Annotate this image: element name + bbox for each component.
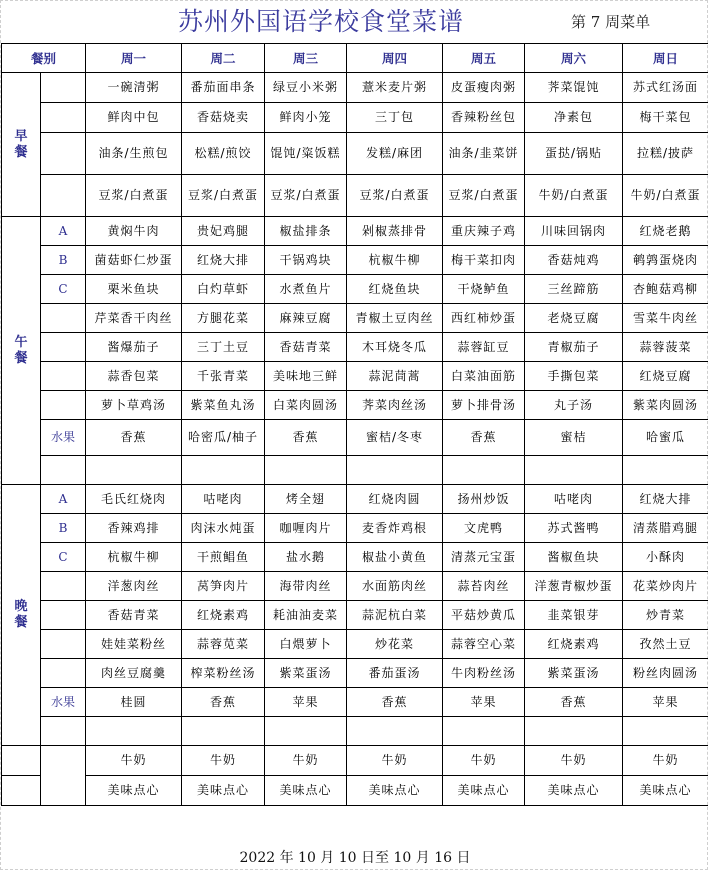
dish-cell: 苏式酱鸭 (525, 514, 623, 543)
sub-category (41, 391, 86, 420)
dish-cell: 方腿花菜 (182, 304, 265, 333)
lunch-label: 午餐 (2, 217, 41, 485)
dish-cell: 梅干菜包 (623, 103, 708, 133)
dish-cell (443, 456, 525, 485)
dish-cell (623, 456, 708, 485)
dish-cell (347, 456, 443, 485)
sub-category: A (41, 217, 86, 246)
dish-cell: 肉沫水炖蛋 (182, 514, 265, 543)
dish-cell: 红烧大排 (182, 246, 265, 275)
dish-cell: 麻辣豆腐 (265, 304, 347, 333)
dish-cell: 干锅鸡块 (265, 246, 347, 275)
dish-cell: 哈密瓜/柚子 (182, 420, 265, 456)
dish-cell (86, 717, 182, 746)
dish-cell: 白灼草虾 (182, 275, 265, 304)
snack-cell: 牛奶 (347, 746, 443, 776)
lunch-row (2, 456, 708, 485)
snack-cell: 牛奶 (86, 746, 182, 776)
dish-cell: 老烧豆腐 (525, 304, 623, 333)
dish-cell: 孜然土豆 (623, 630, 708, 659)
dish-cell: 扬州炒饭 (443, 485, 525, 514)
dish-cell: 肉丝豆腐羹 (86, 659, 182, 688)
dish-cell: 水煮鱼片 (265, 275, 347, 304)
dish-cell: 牛肉粉丝汤 (443, 659, 525, 688)
dish-cell: 毛氏红烧肉 (86, 485, 182, 514)
sub-category: 水果 (41, 420, 86, 456)
dish-cell: 炒花菜 (347, 630, 443, 659)
page-title: 苏州外国语学校食堂菜谱 (161, 5, 481, 39)
dish-cell: 香蕉 (443, 420, 525, 456)
dinner-row: 洋葱肉丝莴笋肉片海带肉丝水面筋肉丝蒜苔肉丝洋葱青椒炒蛋花菜炒肉片 (2, 572, 708, 601)
dish-cell: 一碗清粥 (86, 73, 182, 103)
dish-cell: 清蒸腊鸡腿 (623, 514, 708, 543)
dish-cell: 丸子汤 (525, 391, 623, 420)
dish-cell: 发糕/麻团 (347, 133, 443, 175)
dinner-row: 晚餐A毛氏红烧肉咕咾肉烤全翅红烧肉圆扬州炒饭咕咾肉红烧大排 (2, 485, 708, 514)
column-header-thu: 周四 (347, 44, 443, 73)
dish-cell: 酱椒鱼块 (525, 543, 623, 572)
sub-category (41, 572, 86, 601)
dish-cell (347, 717, 443, 746)
dish-cell: 杭椒牛柳 (347, 246, 443, 275)
dish-cell: 青椒土豆肉丝 (347, 304, 443, 333)
dish-cell: 洋葱肉丝 (86, 572, 182, 601)
dish-cell: 香菇青菜 (265, 333, 347, 362)
dish-cell: 盐水鹅 (265, 543, 347, 572)
snack-cell: 美味点心 (525, 776, 623, 806)
snack-cell: 牛奶 (182, 746, 265, 776)
dish-cell: 梅干菜扣肉 (443, 246, 525, 275)
dish-cell (623, 717, 708, 746)
dish-cell: 萝卜草鸡汤 (86, 391, 182, 420)
dish-cell (86, 456, 182, 485)
sub-category (41, 304, 86, 333)
dish-cell: 净素包 (525, 103, 623, 133)
dish-cell (525, 717, 623, 746)
dish-cell: 豆浆/白煮蛋 (182, 175, 265, 217)
dish-cell: 香蕉 (525, 688, 623, 717)
dish-cell: 西红柿炒蛋 (443, 304, 525, 333)
sub-category (41, 73, 86, 103)
sub-category (41, 175, 86, 217)
breakfast-row: 豆浆/白煮蛋豆浆/白煮蛋豆浆/白煮蛋豆浆/白煮蛋豆浆/白煮蛋牛奶/白煮蛋牛奶/白… (2, 175, 708, 217)
snack-category-cell (2, 746, 41, 776)
dish-cell: 豆浆/白煮蛋 (86, 175, 182, 217)
lunch-row: 酱爆茄子三丁土豆香菇青菜木耳烧冬瓜蒜蓉缸豆青椒茄子蒜蓉菠菜 (2, 333, 708, 362)
dish-cell: 鲜肉小笼 (265, 103, 347, 133)
dish-cell: 烤全翅 (265, 485, 347, 514)
dinner-label: 晚餐 (2, 485, 41, 746)
dish-cell: 三丁土豆 (182, 333, 265, 362)
dish-cell: 千张青菜 (182, 362, 265, 391)
dish-cell: 海带肉丝 (265, 572, 347, 601)
dish-cell: 苹果 (265, 688, 347, 717)
breakfast-row: 油条/生煎包松糕/煎饺馄饨/粢饭糕发糕/麻团油条/韭菜饼蛋挞/锅贴拉糕/披萨 (2, 133, 708, 175)
snack-cell: 美味点心 (347, 776, 443, 806)
dish-cell: 香蕉 (265, 420, 347, 456)
dish-cell: 白菜肉圆汤 (265, 391, 347, 420)
dish-cell: 紫菜蛋汤 (525, 659, 623, 688)
dish-cell: 馄饨/粢饭糕 (265, 133, 347, 175)
dish-cell: 红烧鱼块 (347, 275, 443, 304)
dish-cell: 木耳烧冬瓜 (347, 333, 443, 362)
dish-cell: 清蒸元宝蛋 (443, 543, 525, 572)
dish-cell: 香菇炖鸡 (525, 246, 623, 275)
lunch-row: 午餐A黄焖牛肉贵妃鸡腿椒盐排条剁椒蒸排骨重庆辣子鸡川味回锅肉红烧老鹅 (2, 217, 708, 246)
dish-cell: 干烧鲈鱼 (443, 275, 525, 304)
dish-cell: 皮蛋瘦肉粥 (443, 73, 525, 103)
dish-cell: 文虎鸭 (443, 514, 525, 543)
sub-category (41, 362, 86, 391)
dish-cell: 松糕/煎饺 (182, 133, 265, 175)
column-header-sun: 周日 (623, 44, 708, 73)
sub-category (41, 630, 86, 659)
dish-cell: 蒜蓉缸豆 (443, 333, 525, 362)
sub-category: C (41, 543, 86, 572)
dish-cell: 黄焖牛肉 (86, 217, 182, 246)
dish-cell: 蜜桔/冬枣 (347, 420, 443, 456)
dish-cell: 莴笋肉片 (182, 572, 265, 601)
dish-cell: 蒜泥杭白菜 (347, 601, 443, 630)
snack-cell: 美味点心 (443, 776, 525, 806)
dish-cell: 油条/韭菜饼 (443, 133, 525, 175)
dish-cell: 贵妃鸡腿 (182, 217, 265, 246)
date-range: 2022 年 10 月 10 日至 10 月 16 日 (1, 847, 708, 867)
header-row: 餐别 周一 周二 周三 周四 周五 周六 周日 (2, 44, 708, 73)
sub-category (41, 601, 86, 630)
dish-cell: 蒜苔肉丝 (443, 572, 525, 601)
dish-cell: 桂圆 (86, 688, 182, 717)
sub-category (41, 456, 86, 485)
lunch-row: B菌菇虾仁炒蛋红烧大排干锅鸡块杭椒牛柳梅干菜扣肉香菇炖鸡鹌鹑蛋烧肉 (2, 246, 708, 275)
snack-cell: 美味点心 (182, 776, 265, 806)
dish-cell: 红烧豆腐 (623, 362, 708, 391)
dish-cell: 荠菜肉丝汤 (347, 391, 443, 420)
dish-cell: 苹果 (443, 688, 525, 717)
dish-cell: 酱爆茄子 (86, 333, 182, 362)
sub-category (41, 333, 86, 362)
dinner-row: 娃娃菜粉丝蒜蓉苋菜白煨萝卜炒花菜蒜蓉空心菜红烧素鸡孜然土豆 (2, 630, 708, 659)
dinner-row: B香辣鸡排肉沫水炖蛋咖喱肉片麦香炸鸡根文虎鸭苏式酱鸭清蒸腊鸡腿 (2, 514, 708, 543)
snack-row: 美味点心美味点心美味点心美味点心美味点心美味点心美味点心 (2, 776, 708, 806)
dish-cell: 香蕉 (86, 420, 182, 456)
dish-cell: 杏鲍菇鸡柳 (623, 275, 708, 304)
sub-category: C (41, 275, 86, 304)
snack-cell: 牛奶 (265, 746, 347, 776)
dish-cell: 青椒茄子 (525, 333, 623, 362)
week-label: 第 7 周菜单 (571, 11, 650, 33)
dish-cell: 红烧肉圆 (347, 485, 443, 514)
dish-cell: 雪菜牛肉丝 (623, 304, 708, 333)
dish-cell: 水面筋肉丝 (347, 572, 443, 601)
dish-cell: 薏米麦片粥 (347, 73, 443, 103)
sub-category (41, 103, 86, 133)
dish-cell: 花菜炒肉片 (623, 572, 708, 601)
dinner-row (2, 717, 708, 746)
dish-cell: 手撕包菜 (525, 362, 623, 391)
dish-cell: 牛奶/白煮蛋 (623, 175, 708, 217)
dish-cell: 美味地三鲜 (265, 362, 347, 391)
dish-cell: 麦香炸鸡根 (347, 514, 443, 543)
sub-category (41, 133, 86, 175)
dish-cell: 苹果 (623, 688, 708, 717)
dish-cell: 红烧素鸡 (182, 601, 265, 630)
sub-category (41, 659, 86, 688)
snack-cell: 美味点心 (86, 776, 182, 806)
snack-cell: 牛奶 (623, 746, 708, 776)
dish-cell: 豆浆/白煮蛋 (265, 175, 347, 217)
dish-cell: 香辣粉丝包 (443, 103, 525, 133)
dinner-row: 香菇青菜红烧素鸡耗油油麦菜蒜泥杭白菜平菇炒黄瓜韭菜银芽炒青菜 (2, 601, 708, 630)
dinner-row: 肉丝豆腐羹榨菜粉丝汤紫菜蛋汤番茄蛋汤牛肉粉丝汤紫菜蛋汤粉丝肉圆汤 (2, 659, 708, 688)
dish-cell: 豆浆/白煮蛋 (443, 175, 525, 217)
dish-cell: 蒜泥茼蒿 (347, 362, 443, 391)
snack-category-cell (2, 776, 41, 806)
dish-cell: 香辣鸡排 (86, 514, 182, 543)
sub-category: B (41, 514, 86, 543)
column-header-fri: 周五 (443, 44, 525, 73)
dish-cell: 鹌鹑蛋烧肉 (623, 246, 708, 275)
dish-cell: 栗米鱼块 (86, 275, 182, 304)
dish-cell: 番茄蛋汤 (347, 659, 443, 688)
dish-cell (525, 456, 623, 485)
column-header-sat: 周六 (525, 44, 623, 73)
breakfast-row: 鲜肉中包香菇烧卖鲜肉小笼三丁包香辣粉丝包净素包梅干菜包 (2, 103, 708, 133)
dish-cell: 杭椒牛柳 (86, 543, 182, 572)
dish-cell (443, 717, 525, 746)
dish-cell: 平菇炒黄瓜 (443, 601, 525, 630)
sub-category (41, 717, 86, 746)
dish-cell: 榨菜粉丝汤 (182, 659, 265, 688)
dish-cell (265, 456, 347, 485)
dish-cell: 蒜蓉空心菜 (443, 630, 525, 659)
lunch-row: 萝卜草鸡汤紫菜鱼丸汤白菜肉圆汤荠菜肉丝汤萝卜排骨汤丸子汤紫菜肉圆汤 (2, 391, 708, 420)
snack-cell: 牛奶 (443, 746, 525, 776)
snack-cell: 美味点心 (623, 776, 708, 806)
dish-cell: 牛奶/白煮蛋 (525, 175, 623, 217)
dish-cell: 红烧大排 (623, 485, 708, 514)
dish-cell: 白煨萝卜 (265, 630, 347, 659)
sub-category: A (41, 485, 86, 514)
menu-sheet: 苏州外国语学校食堂菜谱 第 7 周菜单 餐别 周一 周二 周三 周四 周五 周六… (0, 0, 708, 870)
dish-cell: 红烧素鸡 (525, 630, 623, 659)
dish-cell: 白菜油面筋 (443, 362, 525, 391)
snack-row: 牛奶牛奶牛奶牛奶牛奶牛奶牛奶 (2, 746, 708, 776)
dish-cell (182, 717, 265, 746)
dish-cell: 油条/生煎包 (86, 133, 182, 175)
dish-cell: 三丝蹄筋 (525, 275, 623, 304)
dish-cell: 剁椒蒸排骨 (347, 217, 443, 246)
dish-cell: 小酥肉 (623, 543, 708, 572)
dish-cell: 苏式红汤面 (623, 73, 708, 103)
lunch-row: 芹菜香干肉丝方腿花菜麻辣豆腐青椒土豆肉丝西红柿炒蛋老烧豆腐雪菜牛肉丝 (2, 304, 708, 333)
dish-cell: 蒜蓉菠菜 (623, 333, 708, 362)
dish-cell: 咖喱肉片 (265, 514, 347, 543)
snack-sub-cell (41, 746, 86, 806)
snack-cell: 牛奶 (525, 746, 623, 776)
breakfast-row: 早餐一碗清粥番茄面串条绿豆小米粥薏米麦片粥皮蛋瘦肉粥荠菜馄饨苏式红汤面 (2, 73, 708, 103)
dish-cell: 蜜桔 (525, 420, 623, 456)
dish-cell (265, 717, 347, 746)
dish-cell: 绿豆小米粥 (265, 73, 347, 103)
dish-cell: 菌菇虾仁炒蛋 (86, 246, 182, 275)
dish-cell: 重庆辣子鸡 (443, 217, 525, 246)
dish-cell: 豆浆/白煮蛋 (347, 175, 443, 217)
dish-cell: 紫菜鱼丸汤 (182, 391, 265, 420)
dinner-row: C杭椒牛柳干煎鲳鱼盐水鹅椒盐小黄鱼清蒸元宝蛋酱椒鱼块小酥肉 (2, 543, 708, 572)
breakfast-label: 早餐 (2, 73, 41, 217)
lunch-row: C栗米鱼块白灼草虾水煮鱼片红烧鱼块干烧鲈鱼三丝蹄筋杏鲍菇鸡柳 (2, 275, 708, 304)
dish-cell: 紫菜蛋汤 (265, 659, 347, 688)
dish-cell: 耗油油麦菜 (265, 601, 347, 630)
dish-cell: 三丁包 (347, 103, 443, 133)
dish-cell: 拉糕/披萨 (623, 133, 708, 175)
dish-cell: 蒜蓉苋菜 (182, 630, 265, 659)
column-header-tue: 周二 (182, 44, 265, 73)
lunch-row: 蒜香包菜千张青菜美味地三鲜蒜泥茼蒿白菜油面筋手撕包菜红烧豆腐 (2, 362, 708, 391)
dish-cell: 香菇烧卖 (182, 103, 265, 133)
column-header-category: 餐别 (2, 44, 86, 73)
dish-cell: 香菇青菜 (86, 601, 182, 630)
dish-cell: 娃娃菜粉丝 (86, 630, 182, 659)
menu-table: 餐别 周一 周二 周三 周四 周五 周六 周日 早餐一碗清粥番茄面串条绿豆小米粥… (1, 43, 708, 806)
dish-cell: 荠菜馄饨 (525, 73, 623, 103)
dish-cell: 炒青菜 (623, 601, 708, 630)
dish-cell: 椒盐排条 (265, 217, 347, 246)
dish-cell: 芹菜香干肉丝 (86, 304, 182, 333)
dish-cell: 干煎鲳鱼 (182, 543, 265, 572)
dish-cell: 蒜香包菜 (86, 362, 182, 391)
dinner-row: 水果桂圆香蕉苹果香蕉苹果香蕉苹果 (2, 688, 708, 717)
dish-cell (182, 456, 265, 485)
dish-cell: 椒盐小黄鱼 (347, 543, 443, 572)
dish-cell: 红烧老鹅 (623, 217, 708, 246)
dish-cell: 香蕉 (182, 688, 265, 717)
dish-cell: 鲜肉中包 (86, 103, 182, 133)
dish-cell: 蛋挞/锅贴 (525, 133, 623, 175)
dish-cell: 香蕉 (347, 688, 443, 717)
dish-cell: 番茄面串条 (182, 73, 265, 103)
dish-cell: 咕咾肉 (525, 485, 623, 514)
column-header-mon: 周一 (86, 44, 182, 73)
dish-cell: 哈蜜瓜 (623, 420, 708, 456)
dish-cell: 韭菜银芽 (525, 601, 623, 630)
dish-cell: 粉丝肉圆汤 (623, 659, 708, 688)
sub-category: B (41, 246, 86, 275)
dish-cell: 萝卜排骨汤 (443, 391, 525, 420)
dish-cell: 川味回锅肉 (525, 217, 623, 246)
snack-cell: 美味点心 (265, 776, 347, 806)
sub-category: 水果 (41, 688, 86, 717)
dish-cell: 咕咾肉 (182, 485, 265, 514)
dish-cell: 洋葱青椒炒蛋 (525, 572, 623, 601)
dish-cell: 紫菜肉圆汤 (623, 391, 708, 420)
column-header-wed: 周三 (265, 44, 347, 73)
lunch-row: 水果香蕉哈密瓜/柚子香蕉蜜桔/冬枣香蕉蜜桔哈蜜瓜 (2, 420, 708, 456)
